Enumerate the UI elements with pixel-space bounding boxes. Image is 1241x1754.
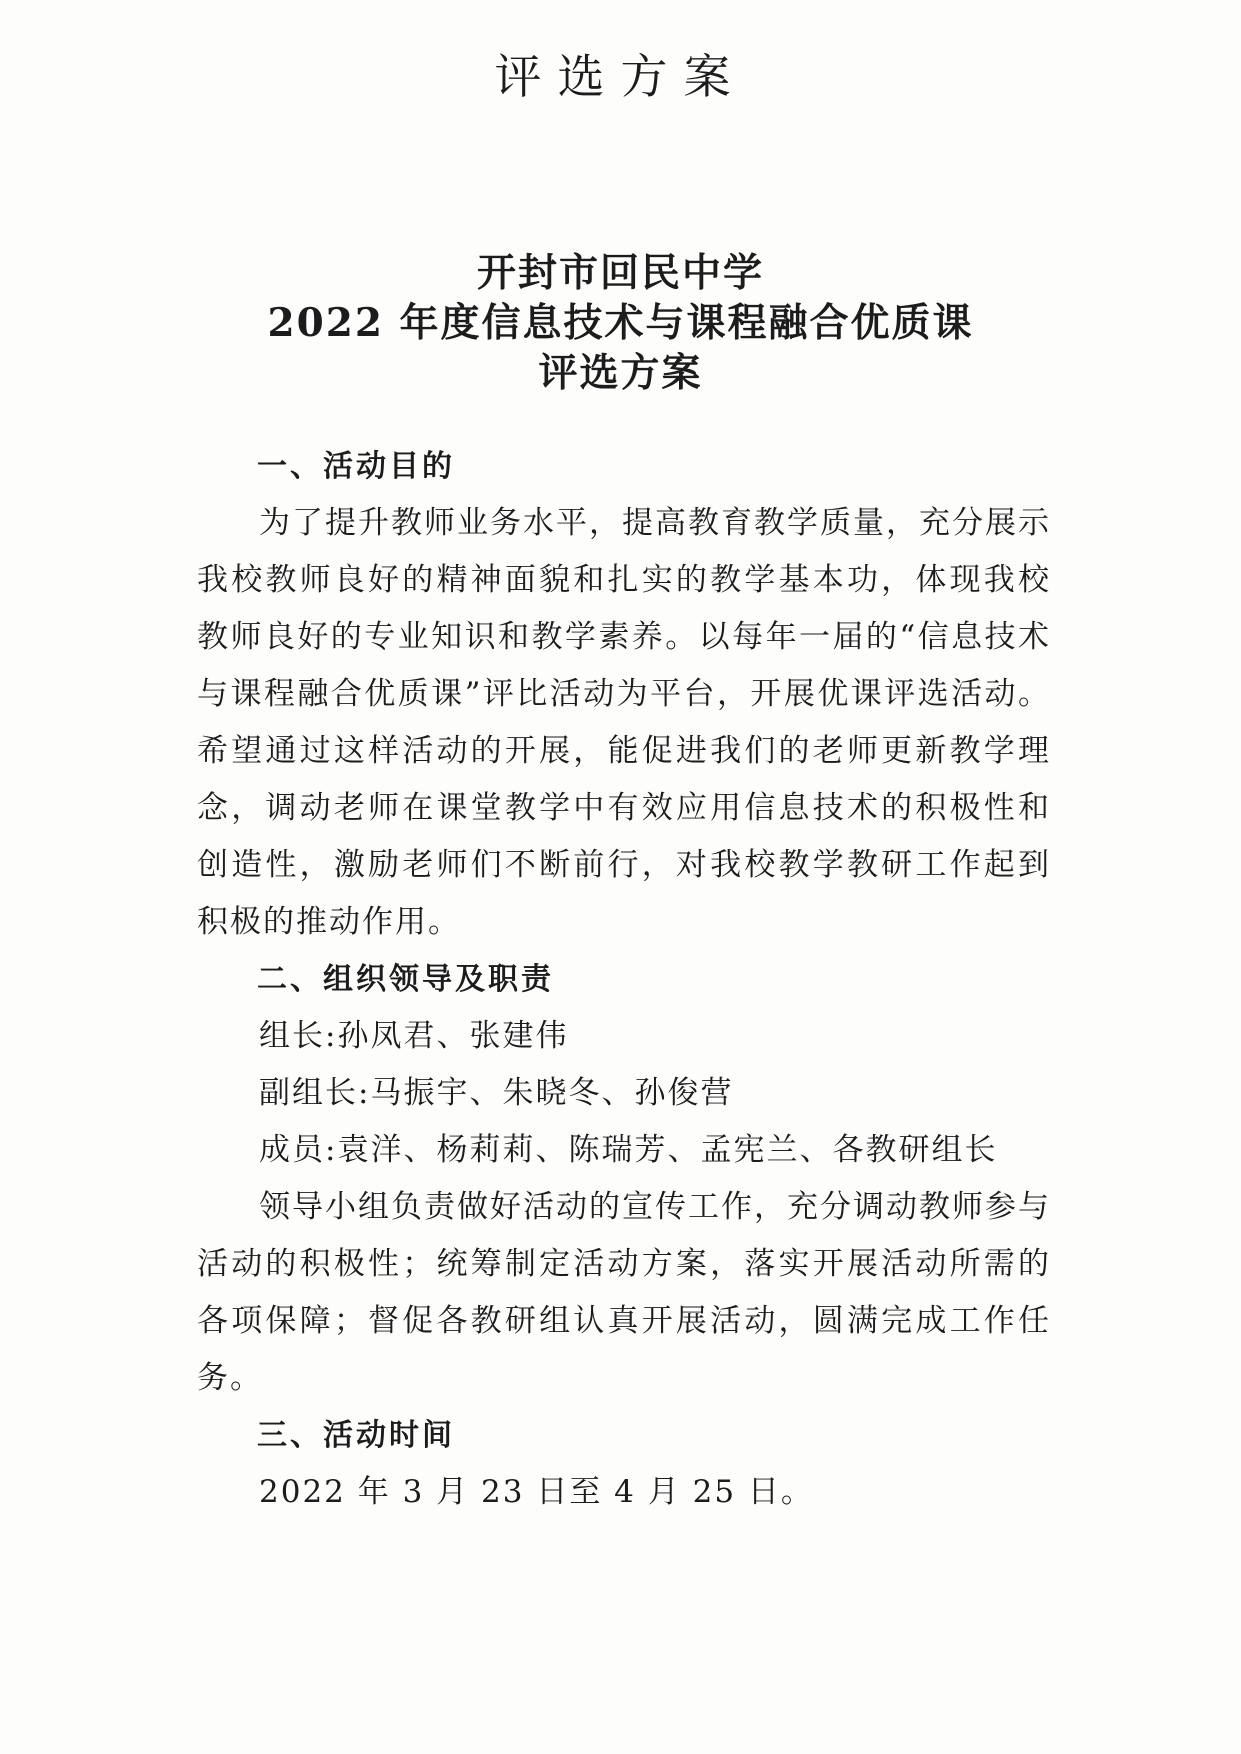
- page-header-title: 评选方案: [0, 0, 1241, 110]
- document-title: 开封市回民中学 2022 年度信息技术与课程融合优质课 评选方案: [0, 248, 1241, 398]
- document-title-line-1: 开封市回民中学: [0, 248, 1241, 298]
- role-line-members: 成员:袁洋、杨莉莉、陈瑞芳、孟宪兰、各教研组长: [197, 1122, 1051, 1179]
- document-title-line-3: 评选方案: [0, 348, 1241, 398]
- paragraph-leadership-duties: 领导小组负责做好活动的宣传工作，充分调动教师参与活动的积极性；统筹制定活动方案，…: [197, 1179, 1051, 1407]
- section-activity-purpose: 一、活动目的 为了提升教师业务水平，提高教育教学质量，充分展示我校教师良好的精神…: [197, 438, 1051, 951]
- role-line-deputy-leaders: 副组长:马振宇、朱晓冬、孙俊营: [197, 1065, 1051, 1122]
- section-heading-activity-time: 三、活动时间: [197, 1407, 1051, 1464]
- paragraph-activity-purpose: 为了提升教师业务水平，提高教育教学质量，充分展示我校教师良好的精神面貌和扎实的教…: [197, 495, 1051, 951]
- document-title-line-2: 2022 年度信息技术与课程融合优质课: [0, 298, 1241, 348]
- document-body: 一、活动目的 为了提升教师业务水平，提高教育教学质量，充分展示我校教师良好的精神…: [0, 438, 1241, 1521]
- document-page: 评选方案 开封市回民中学 2022 年度信息技术与课程融合优质课 评选方案 一、…: [0, 0, 1241, 1754]
- section-organization-leadership: 二、组织领导及职责 组长:孙凤君、张建伟 副组长:马振宇、朱晓冬、孙俊营 成员:…: [197, 951, 1051, 1407]
- role-line-group-leader: 组长:孙凤君、张建伟: [197, 1008, 1051, 1065]
- section-activity-time: 三、活动时间 2022 年 3 月 23 日至 4 月 25 日。: [197, 1407, 1051, 1521]
- activity-date-range: 2022 年 3 月 23 日至 4 月 25 日。: [197, 1464, 1051, 1521]
- section-heading-activity-purpose: 一、活动目的: [197, 438, 1051, 495]
- section-heading-organization-leadership: 二、组织领导及职责: [197, 951, 1051, 1008]
